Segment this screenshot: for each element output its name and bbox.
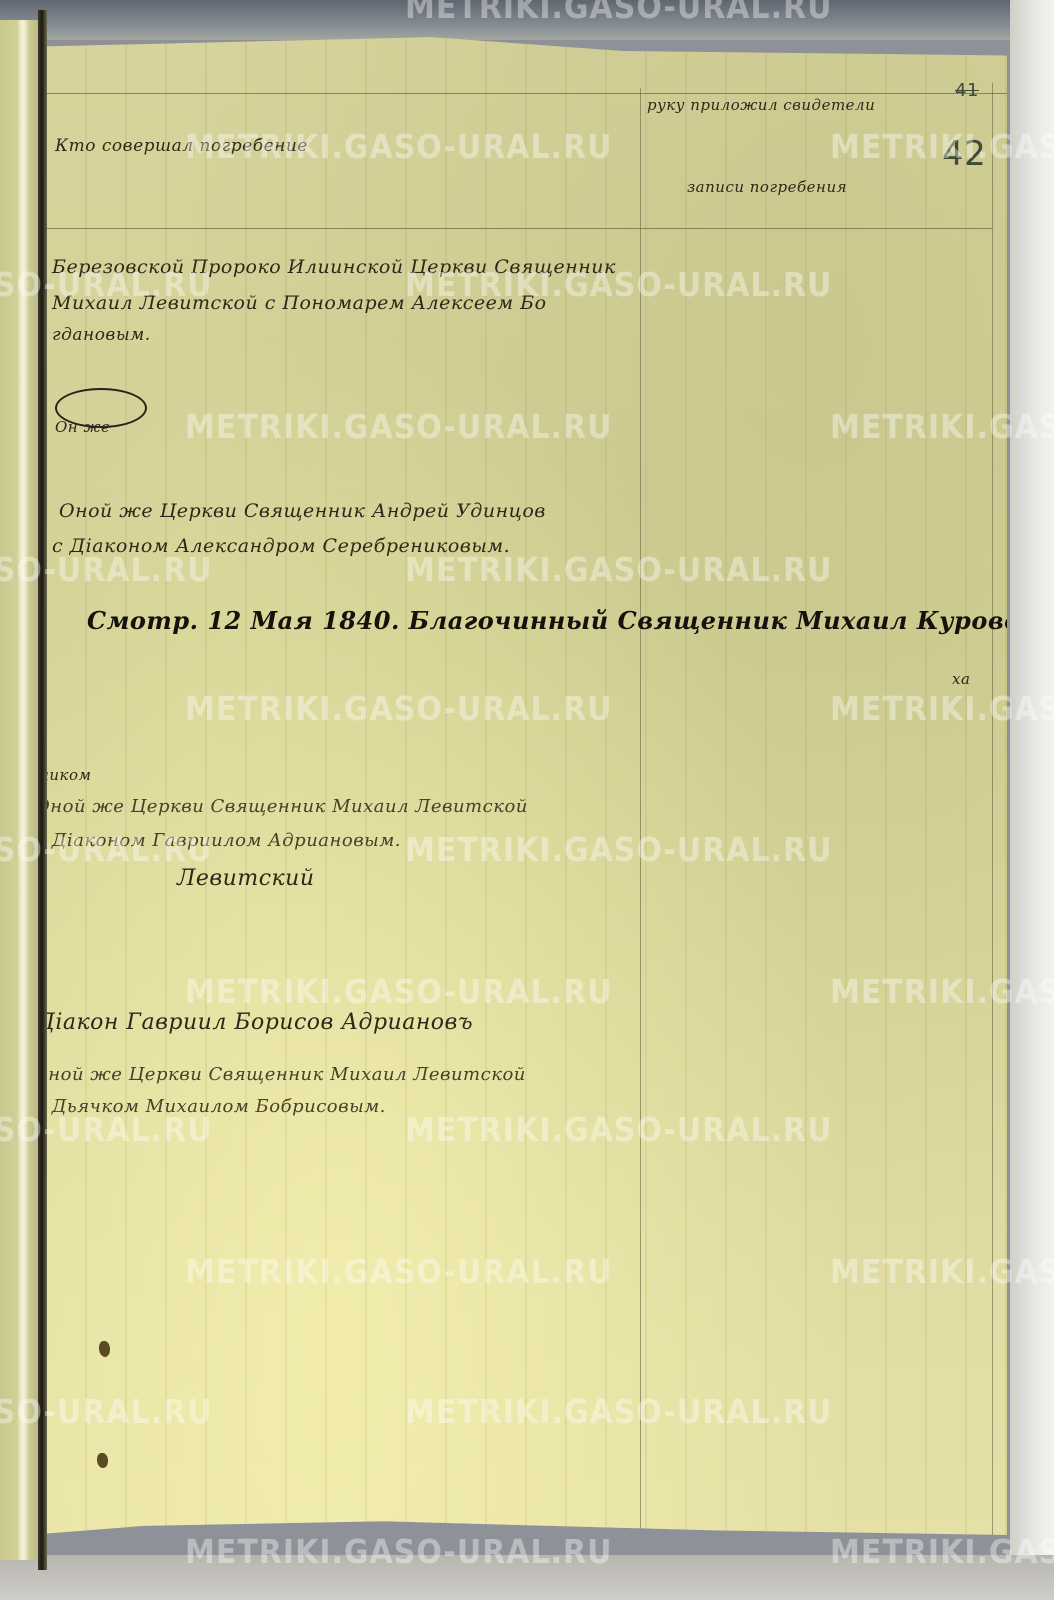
entry-3-signature: Левитский [177,866,315,891]
ink-blot [99,1341,110,1357]
watermark: METRIKI.GASO-URAL.RU [405,266,833,305]
entry-4-line-1: Оной же Церкви Священник Михаил Левитско… [33,1064,526,1085]
watermark: METRIKI.GASO-URAL.RU [185,408,613,447]
watermark: METRIKI.GASO-URAL.RU [405,0,833,27]
document-page: Кто совершал погребение руку приложил св… [47,28,1007,1558]
watermark: METRIKI.GASO-URAL.RU [830,1253,1054,1292]
watermark: METRIKI.GASO-URAL.RU [185,1253,613,1292]
watermark: METRIKI.GASO-URAL.RU [0,1111,213,1150]
header-bottom-rule [47,228,992,229]
watermark: METRIKI.GASO-URAL.RU [185,973,613,1012]
entry-2-heading: Он же [55,418,110,436]
watermark: METRIKI.GASO-URAL.RU [405,1111,833,1150]
entry-4-heading: Діакон Гавриил Борисов Адриановъ [37,1010,473,1035]
scan-right-background [1010,0,1054,1600]
right-margin-rule [992,83,993,1553]
page-number-struck: 41 [955,80,979,101]
marginal-note: ха [952,670,970,688]
entry-1-line-3: гдановым. [52,325,151,345]
watermark: METRIKI.GASO-URAL.RU [405,1393,833,1432]
watermark: METRIKI.GASO-URAL.RU [405,831,833,870]
watermark: METRIKI.GASO-URAL.RU [185,128,613,167]
header-right-line2: записи погребения [687,178,847,196]
watermark: METRIKI.GASO-URAL.RU [830,408,1054,447]
watermark: METRIKI.GASO-URAL.RU [830,1533,1054,1572]
inspection-note: Смотр. 12 Мая 1840. Благочинный Священни… [87,606,1054,635]
watermark: METRIKI.GASO-URAL.RU [0,831,213,870]
entry-2-line-1: Оной же Церкви Священник Андрей Удинцов [59,500,546,522]
adjacent-page-edge [0,20,40,1560]
watermark: METRIKI.GASO-URAL.RU [405,551,833,590]
column-divider [640,88,641,1548]
watermark: METRIKI.GASO-URAL.RU [830,690,1054,729]
watermark: METRIKI.GASO-URAL.RU [830,128,1054,167]
header-top-rule [47,93,1007,94]
ink-blot [97,1453,108,1468]
header-right-line1: руку приложил свидетели [647,96,875,114]
entry-3-line-1: Оной же Церкви Священник Михаил Левитско… [35,796,528,817]
watermark: METRIKI.GASO-URAL.RU [0,551,213,590]
watermark: METRIKI.GASO-URAL.RU [185,1533,613,1572]
watermark: METRIKI.GASO-URAL.RU [0,1393,213,1432]
watermark: METRIKI.GASO-URAL.RU [0,266,213,305]
book-spine [38,10,47,1570]
watermark: METRIKI.GASO-URAL.RU [185,690,613,729]
watermark: METRIKI.GASO-URAL.RU [830,973,1054,1012]
